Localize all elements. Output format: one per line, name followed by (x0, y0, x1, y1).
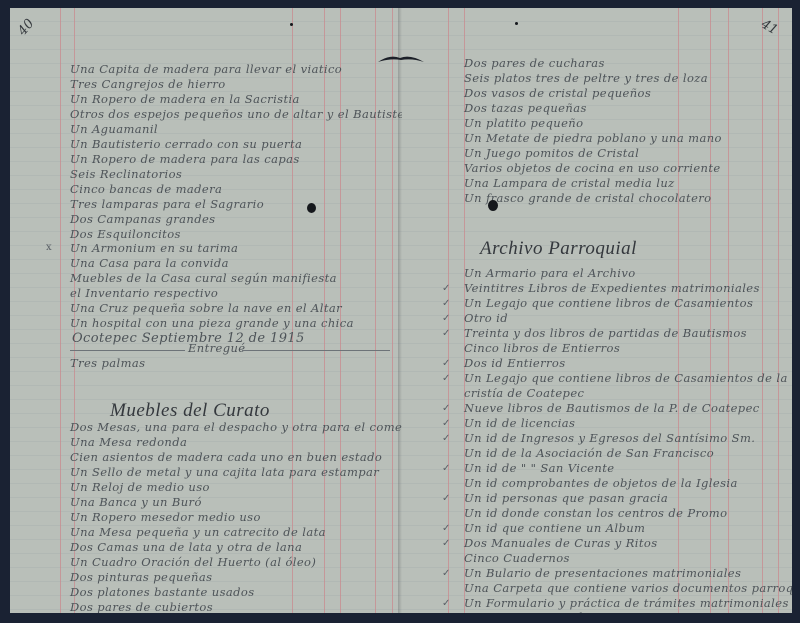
list-item: Un Formulario y práctica de trámites mat… (464, 596, 789, 610)
list-item: Tres palmas (70, 356, 146, 370)
list-item: Cinco bancas de madera (70, 182, 222, 196)
list-item: Un Legajo que contiene libros de Casamie… (464, 371, 792, 385)
list-item: Cinco libros de Entierros (464, 341, 620, 355)
list-item: Un Ropero de madera para las capas (70, 152, 300, 166)
list-item: Un Juego pomitos de Cristal (464, 146, 639, 160)
right-page: 41 Dos pares de cucharas Seis platos tre… (402, 8, 792, 613)
checkmark: ✓ (442, 418, 450, 429)
column-rule (392, 8, 393, 613)
list-item: Un Ropero de madera en la Sacristia (70, 92, 300, 106)
list-item: Un Ropero mesedor medio uso (70, 510, 261, 524)
list-item: Muebles de la Casa cural según manifiest… (70, 271, 337, 285)
list-item: Dos Camas una de lata y otra de lana (70, 540, 302, 554)
list-item: Una Lampara de cristal media luz (464, 176, 675, 190)
list-item: Un Sello de metal y una cajita lata para… (70, 465, 379, 479)
list-item: Dos id Entierros (464, 356, 566, 370)
list-item: Otros dos espejos pequeños uno de altar … (70, 107, 403, 121)
margin-rule (60, 8, 61, 613)
column-rule (778, 8, 779, 613)
list-item: Dos pares de cucharas (464, 56, 605, 70)
list-item: Un Metate de piedra poblano y una mano (464, 131, 722, 145)
page-number: 40 (15, 16, 37, 38)
list-item: Nueve libros de Bautismos de la P. de Co… (464, 401, 760, 415)
list-item: Un id que contiene un Album (464, 521, 645, 535)
column-rule (710, 8, 711, 613)
list-item: Un frasco grande de cristal chocolatero (464, 191, 712, 205)
checkmark: ✓ (442, 358, 450, 369)
list-item: Dos Mesas, una para el despacho y otra p… (70, 420, 403, 434)
list-item: Una Carta Pastoral (464, 610, 583, 613)
list-item: Un id de Ingresos y Egresos del Santísim… (464, 431, 755, 445)
checkmark: ✓ (442, 328, 450, 339)
list-item: Dos Esquiloncitos (70, 227, 181, 241)
list-item: Un id comprobantes de objetos de la Igle… (464, 476, 738, 490)
list-item: Seis Reclinatorios (70, 167, 182, 181)
list-item: Una Cruz pequeña sobre la nave en el Alt… (70, 301, 342, 315)
margin-mark: x (46, 242, 52, 253)
ink-spot (290, 23, 293, 26)
section-heading: Muebles del Curato (110, 400, 270, 422)
list-item: Un Armonium en su tarima (70, 241, 238, 255)
list-item: Varios objetos de cocina en uso corrient… (464, 161, 721, 175)
list-item: Un Bautisterio cerrado con su puerta (70, 137, 302, 151)
list-item: Un hospital con una pieza grande y una c… (70, 316, 354, 330)
list-item: Seis platos tres de peltre y tres de loz… (464, 71, 708, 85)
list-item: Una Banca y un Buró (70, 495, 202, 509)
checkmark: ✓ (442, 298, 450, 309)
list-item: Una Mesa pequeña y un catrecito de lata (70, 525, 326, 539)
checkmark: ✓ (442, 283, 450, 294)
list-item: Dos pares de cubiertos (70, 600, 213, 613)
list-item: Un Armario para el Archivo (464, 266, 636, 280)
list-item: Una Capita de madera para llevar el viat… (70, 62, 342, 76)
column-rule (762, 8, 763, 613)
signature-rule (242, 350, 390, 351)
checkmark: ✓ (442, 568, 450, 579)
list-item: Dos vasos de cristal pequeños (464, 86, 651, 100)
list-item: Dos tazas pequeñas (464, 101, 587, 115)
list-item: Un id donde constan los centros de Promo (464, 506, 727, 520)
signature-rule (70, 350, 185, 351)
checkmark: ✓ (442, 403, 450, 414)
list-item: el Inventario respectivo (70, 286, 218, 300)
left-page: 40 Una Capita de madera para llevar el v… (10, 8, 403, 613)
list-item: Una Carpeta que contiene varios document… (464, 581, 792, 595)
list-item: Un id de licencias (464, 416, 575, 430)
section-heading: Archivo Parroquial (480, 238, 637, 260)
list-item: Treinta y dos libros de partidas de Baut… (464, 326, 747, 340)
list-item: Un platito pequeño (464, 116, 583, 130)
list-item: Tres Cangrejos de hierro (70, 77, 226, 91)
list-item: cristía de Coatepec (464, 386, 584, 400)
checkmark: ✓ (442, 523, 450, 534)
list-item: Un id de la Asociación de San Francisco (464, 446, 714, 460)
list-item: Una Casa para la convida (70, 256, 229, 270)
signature-label: Entregué (188, 341, 246, 355)
list-item: Un Reloj de medio uso (70, 480, 210, 494)
list-item: Un id de " " San Vicente (464, 461, 614, 475)
list-item: Dos pinturas pequeñas (70, 570, 212, 584)
list-item: Un Legajo que contiene libros de Casamie… (464, 296, 753, 310)
column-rule (728, 8, 729, 613)
checkmark: ✓ (442, 313, 450, 324)
list-item: Tres lamparas para el Sagrario (70, 197, 264, 211)
checkmark: ✓ (442, 463, 450, 474)
checkmark: ✓ (442, 538, 450, 549)
column-rule (678, 8, 679, 613)
list-item: Otro id (464, 311, 508, 325)
bookmark-ribbon (376, 54, 426, 64)
list-item: Dos Campanas grandes (70, 212, 216, 226)
list-item: Un id personas que pasan gracia (464, 491, 668, 505)
list-item: Un Cuadro Oración del Huerto (al óleo) (70, 555, 316, 569)
list-item: Un Bulario de presentaciones matrimonial… (464, 566, 741, 580)
ink-spot (307, 203, 316, 213)
checkmark: ✓ (442, 493, 450, 504)
list-item: Cien asientos de madera cada uno en buen… (70, 450, 382, 464)
list-item: Dos platones bastante usados (70, 585, 255, 599)
checkmark: ✓ (442, 433, 450, 444)
list-item: Cinco Cuadernos (464, 551, 570, 565)
list-item: Un Aguamanil (70, 122, 158, 136)
list-item: Veintitres Libros de Expedientes matrimo… (464, 281, 760, 295)
list-item: Dos Manuales de Curas y Ritos (464, 536, 658, 550)
ink-spot (488, 200, 498, 211)
checkmark: ✓ (442, 373, 450, 384)
checkmark: ✓ (442, 598, 450, 609)
column-rule (375, 8, 376, 613)
ink-spot (515, 22, 518, 25)
list-item: Una Mesa redonda (70, 435, 187, 449)
